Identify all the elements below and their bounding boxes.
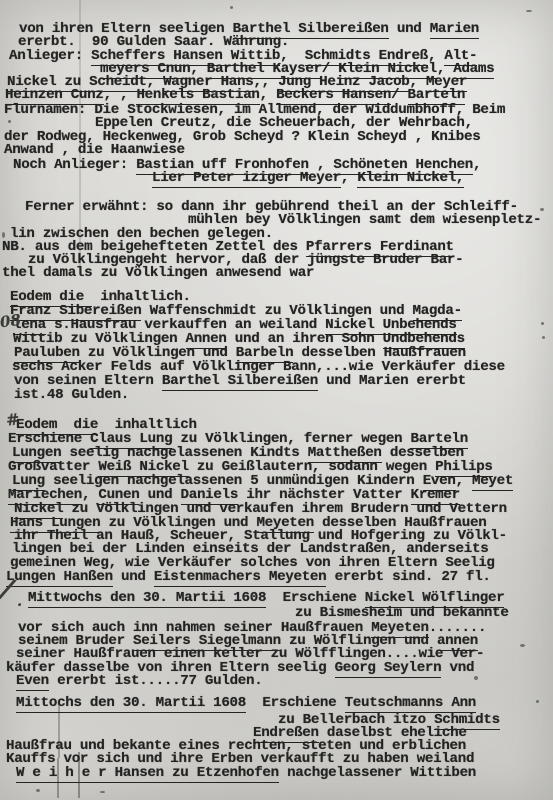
text-line: gemeinen Weg, wie Verkäufer solches von …	[10, 556, 495, 570]
underlined-name-text: Eistenmachers Meyeten	[154, 569, 327, 587]
underlined-name-text: Meyet	[472, 473, 513, 491]
paper-speck	[100, 791, 105, 793]
text-line: W e i h e r Hansen zu Etzenhofen nachgel…	[16, 766, 476, 780]
document-page: von ihren Eltern seeligen Barthel Silber…	[0, 0, 553, 800]
text-line: Mittwochs den 30. Martii 1608 Erschiene …	[28, 591, 504, 605]
text-line: Mariechen, Cunen und Daniels ihr nächste…	[8, 488, 460, 502]
body-text: , ,	[104, 87, 137, 103]
paper-speck	[541, 322, 544, 325]
text-line: Kauffs vor sich und ihre Erben verkaufft…	[6, 752, 474, 766]
text-line: Mittochs den 30. Martii 1608 Erschiene T…	[16, 696, 476, 710]
underlined-name-text: Marien	[430, 21, 479, 39]
text-line: lingen bei der Linden einseits der Lands…	[12, 542, 488, 556]
text-line: thel damals zu Völklingen anwesend war	[2, 266, 314, 280]
handwritten-margin-note: #	[5, 409, 20, 429]
paper-speck	[536, 700, 539, 703]
body-text: und Marien ererbt	[318, 373, 466, 389]
body-text: Erschiene	[246, 695, 345, 711]
body-text: ,	[473, 157, 481, 173]
underlined-name-text: Mittochs den 30. Martii 1608	[16, 695, 246, 713]
body-text: Noch Anlieger:	[13, 157, 136, 173]
handwritten-margin-note: /	[0, 573, 15, 605]
text-line: ist.48 Gulden.	[14, 388, 129, 402]
body-text: zu Bismesheim und bekannte	[295, 605, 509, 621]
underlined-name-text: W e i h e r Hansen zu Etzenhofen	[16, 765, 279, 783]
paper-speck	[542, 336, 545, 339]
body-text: ,	[341, 170, 357, 186]
underlined-name-text: Lungen Hanßen	[6, 569, 113, 587]
body-text: Erschiene	[266, 590, 365, 606]
body-text: thel damals zu Völklingen anwesend war	[2, 265, 314, 281]
underlined-name-text: Klein Nickel,	[357, 170, 464, 188]
underlined-name-text: Even	[16, 673, 49, 691]
text-line: Erschiene Claus Lung zu Völklingen, fern…	[8, 432, 468, 446]
paper-speck	[520, 644, 525, 647]
underlined-name-text: Georg Seylern	[335, 660, 442, 678]
text-line: Franz Sibereißen Waffenschmidt zu Völkli…	[10, 304, 462, 318]
body-text: ererbt sind. 27 fl.	[326, 569, 490, 585]
text-line: seiner Haußfrauen einen keller zu Wölffl…	[16, 647, 484, 661]
body-text: vnd	[441, 660, 474, 676]
text-line: zu Bismesheim und bekannte	[295, 606, 509, 620]
paper-speck	[2, 232, 5, 238]
text-line: von seinen Eltern Barthel Silbereißen un…	[14, 374, 466, 388]
paper-speck	[8, 120, 11, 123]
text-line: Even ererbt ist.....77 Gulden.	[16, 674, 262, 688]
text-line: Lier Peter iziger Meyer, Klein Nickel,	[152, 171, 464, 185]
text-line: Eppelen Creutz, die Scheuerbach, der Weh…	[95, 116, 473, 130]
text-line: lena s.Hausfrau verkauffen an weiland Ni…	[13, 318, 457, 332]
text-line: Nickel zu Völklingen und verkaufen ihrem…	[14, 502, 507, 516]
body-text: und	[389, 21, 430, 37]
underlined-name-text: Barthel Silbereißen	[162, 373, 318, 391]
paper-speck	[230, 6, 233, 9]
text-line: sechs Acker Felds auf Völklinger Bann,..…	[12, 360, 505, 374]
text-line: Pauluben zu Völklingen und Barbeln desse…	[14, 346, 466, 360]
body-text: /	[391, 87, 407, 103]
paper-speck	[36, 789, 40, 792]
body-text: ist.48 Gulden.	[14, 387, 129, 403]
text-line: Wittib zu Völklingen Annen und an ihren …	[13, 332, 465, 346]
text-line: Großvatter Weiß Nickel zu Geißlautern, s…	[8, 460, 493, 474]
body-text: nachgelassener Wittiben	[279, 765, 476, 781]
underlined-name-text: Teutschmanns Ann	[345, 695, 476, 713]
paper-speck	[526, 10, 532, 12]
handwritten-margin-note: 08	[0, 311, 22, 332]
text-line: Eodem die inhaltlich	[16, 418, 197, 432]
underlined-name-text: Lier Peter iziger Meyer	[152, 170, 341, 188]
text-line: ererbt. 90 Gulden Saar. Währung.	[18, 35, 289, 49]
handwritten-margin-note: .	[17, 592, 22, 610]
paper-speck	[474, 676, 478, 680]
text-line: Lungen Hanßen und Eistenmachers Meyeten …	[6, 570, 491, 584]
text-line: Lungen seelig nachgelassenen Kindts Matt…	[12, 446, 464, 460]
text-line: Anwand , die Haanwiese	[4, 143, 185, 157]
body-text: ererbt ist.....77 Gulden.	[49, 673, 263, 689]
body-text: Anlieger:	[9, 48, 91, 64]
text-line: Lung seeligen nachgelassenen 5 unmündige…	[12, 474, 513, 488]
body-text: und	[113, 569, 154, 585]
text-line: Eodem die inhaltlich.	[10, 290, 191, 304]
underlined-name-text: Mittwochs den 30. Martii 1608	[28, 590, 266, 608]
paper-speck	[540, 208, 544, 211]
body-text: ,	[260, 87, 276, 103]
text-line: Heinzen Cunz, , Henkels Bastian, Beckers…	[5, 88, 465, 102]
text-line: mühlen bey Völklingen samt dem wiesenple…	[188, 213, 541, 227]
body-text: Anwand , die Haanwiese	[4, 142, 185, 158]
